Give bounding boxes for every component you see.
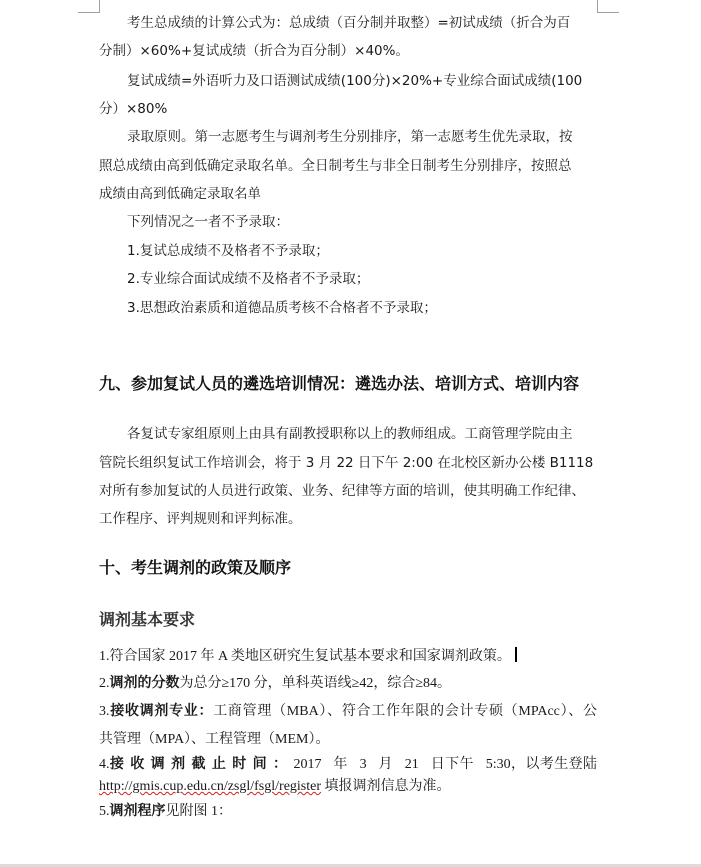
requirement-item-5: 5.调剂程序见附图 1： (99, 803, 232, 821)
formula-line-2: 分制）×60%+复试成绩（折合为百分制）×40%。 (99, 42, 409, 60)
requirement-item-4: 4.接收调剂截止时间：2017 年 3 月 21 日下午 5:30，以考生登陆 (99, 756, 597, 774)
reject-item-3: 3.思想政治素质和道德品质考核不合格者不予录取； (127, 299, 437, 317)
reject-intro: 下列情况之一者不予录取： (127, 213, 289, 231)
page-corner-mark-left (78, 0, 100, 13)
item-2-bold-label: 调剂的分数 (110, 676, 180, 691)
page-corner-mark-right (597, 0, 619, 13)
item-3-bold-label: 接收调剂专业： (110, 704, 214, 719)
reject-item-1: 1.复试总成绩不及格者不予录取； (127, 242, 329, 260)
section-9-body-line-4: 工作程序、评判规则和评判标准。 (99, 510, 302, 528)
item-5-bold-label: 调剂程序 (110, 804, 166, 819)
retest-line-2: 分）×80% (99, 100, 167, 118)
formula-line-1: 考生总成绩的计算公式为：总成绩（百分制并取整）=初试成绩（折合为百 (127, 14, 570, 32)
section-9-body-line-2: 管院长组织复试工作培训会，将于 3 月 22 日下午 2:00 在北校区新办公楼… (99, 454, 593, 472)
requirement-item-4-line-2: http://gmis.cup.edu.cn/zsgl/fsgl/registe… (99, 778, 451, 796)
item-2-number: 2. (99, 676, 110, 691)
reject-item-2: 2.专业综合面试成绩不及格者不予录取； (127, 270, 369, 288)
item-5-number: 5. (99, 804, 110, 819)
requirement-item-2: 2.调剂的分数为总分≥170 分，单科英语线≥42，综合≥84。 (99, 675, 451, 693)
item-3-number: 3. (99, 704, 110, 719)
section-9-body-line-3: 对所有参加复试的人员进行政策、业务、纪律等方面的培训，使其明确工作纪律、 (99, 482, 585, 500)
section-10-subheading: 调剂基本要求 (99, 611, 195, 629)
requirement-item-3: 3.接收调剂专业：工商管理（MBA）、符合工作年限的会计专硕（MPAcc）、公 (99, 703, 597, 721)
admission-line-2: 照总成绩由高到低确定录取名单。全日制考生与非全日制考生分别排序，按照总 (99, 157, 572, 175)
admission-line-3: 成绩由高到低确定录取名单 (99, 185, 261, 203)
item-2-text: 为总分≥170 分，单科英语线≥42，综合≥84。 (180, 676, 452, 691)
item-4-bold-label: 接收调剂截止时间： (110, 757, 294, 772)
requirement-item-1-text: 1.符合国家 2017 年 A 类地区研究生复试基本要求和国家调剂政策。 (99, 649, 511, 664)
register-url-link[interactable]: http://gmis.cup.edu.cn/zsgl/fsgl/registe… (99, 779, 321, 794)
section-10-heading: 十、考生调剂的政策及顺序 (99, 559, 291, 577)
item-4-number: 4. (99, 757, 110, 772)
item-3-text: 工商管理（MBA）、符合工作年限的会计专硕（MPAcc）、公 (213, 704, 597, 719)
requirement-item-1: 1.符合国家 2017 年 A 类地区研究生复试基本要求和国家调剂政策。 (99, 647, 517, 666)
text-cursor (515, 647, 517, 662)
section-9-heading: 九、参加复试人员的遴选培训情况：遴选办法、培训方式、培训内容 (99, 375, 579, 393)
retest-line-1: 复试成绩=外语听力及口语测试成绩(100分)×20%+专业综合面试成绩(100 (127, 72, 582, 90)
admission-line-1: 录取原则。第一志愿考生与调剂考生分别排序，第一志愿考生优先录取，按 (127, 128, 573, 146)
requirement-item-3-line-2: 共管理（MPA）、工程管理（MEM）。 (99, 731, 330, 749)
item-5-text: 见附图 1： (166, 804, 233, 819)
item-4-text: 2017 年 3 月 21 日下午 5:30，以考生登陆 (293, 757, 597, 772)
section-9-body-line-1: 各复试专家组原则上由具有副教授职称以上的教师组成。工商管理学院由主 (127, 425, 573, 443)
item-4-text-line-2: 填报调剂信息为准。 (321, 779, 451, 794)
